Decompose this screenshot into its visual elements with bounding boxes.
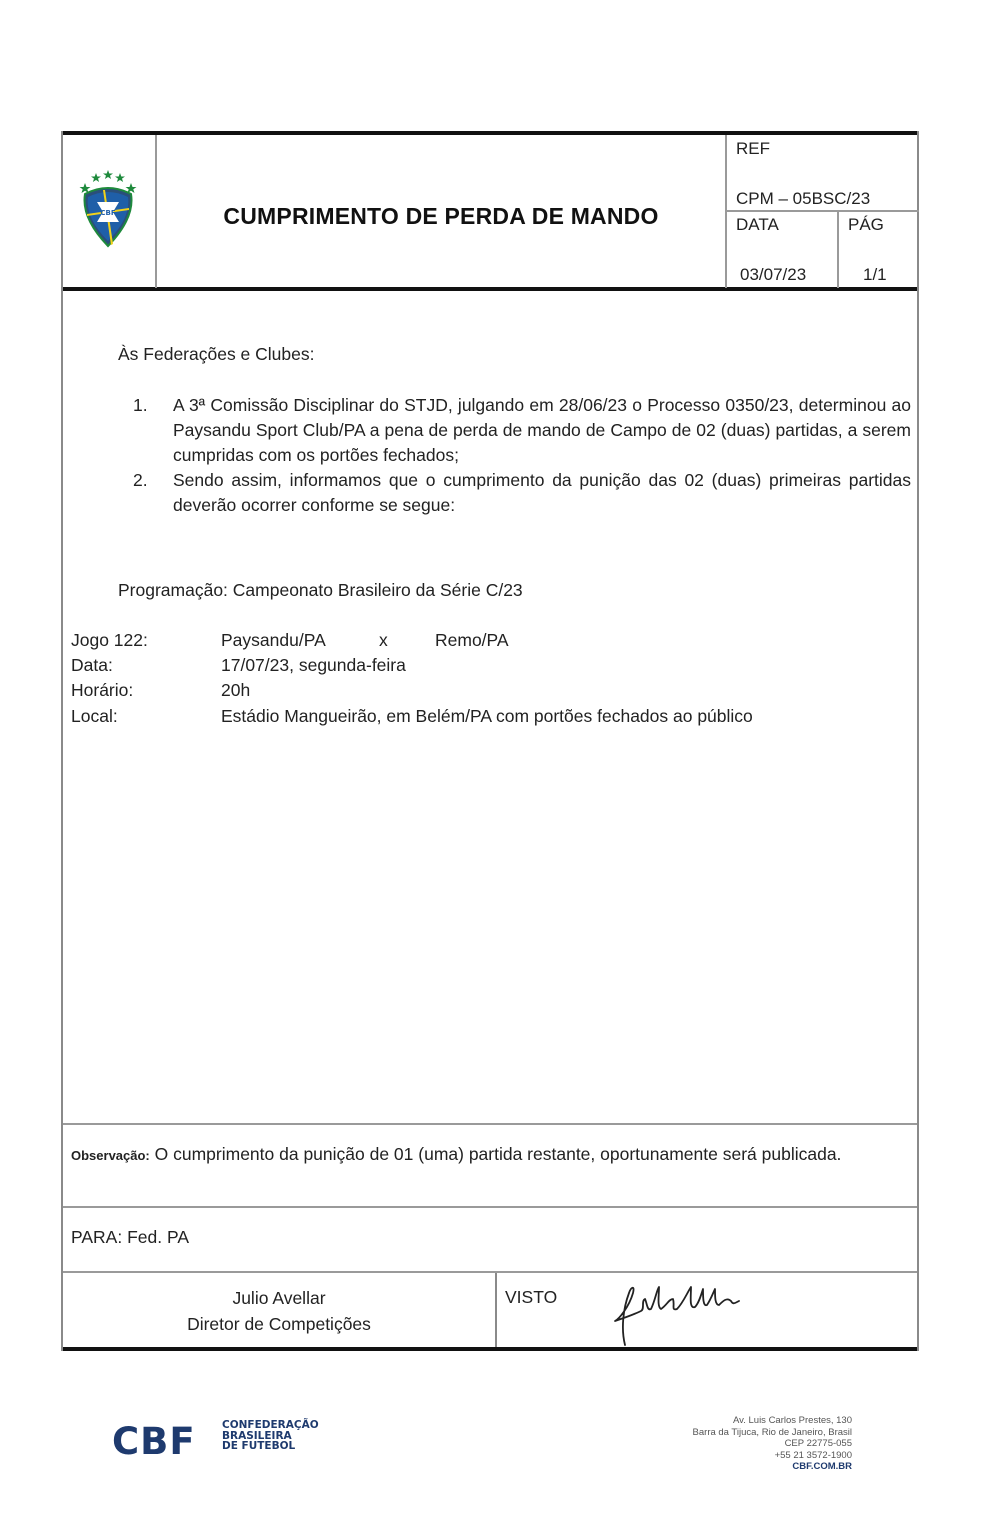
phone: +55 21 3572-1900 — [693, 1450, 852, 1462]
title-cell: CUMPRIMENTO DE PERDA DE MANDO — [157, 135, 727, 288]
list-item-text: A 3ª Comissão Disciplinar do STJD, julga… — [173, 395, 911, 465]
venue-value: Estádio Mangueirão, em Belém/PA com port… — [221, 704, 753, 729]
recipient: PARA: Fed. PA — [71, 1225, 189, 1250]
date-value: 03/07/23 — [740, 265, 806, 285]
date-cell: DATA 03/07/23 — [727, 212, 839, 288]
page-label: PÁG — [848, 215, 884, 235]
ref-value: CPM – 05BSC/23 — [736, 189, 870, 209]
date-label: DATA — [736, 215, 779, 235]
divider — [63, 1123, 917, 1125]
divider — [63, 1206, 917, 1208]
visto-label: VISTO — [505, 1285, 557, 1310]
footer-address: Av. Luis Carlos Prestes, 130 Barra da Ti… — [693, 1415, 852, 1473]
time-value: 20h — [221, 678, 250, 703]
numbered-list: 1. A 3ª Comissão Disciplinar do STJD, ju… — [133, 393, 911, 518]
document-form: CBF CUMPRIMENTO DE PERDA DE MANDO REF CP… — [61, 131, 919, 1351]
observation-text: O cumprimento da punição de 01 (uma) par… — [150, 1144, 842, 1164]
game-label: Jogo 122: — [71, 628, 148, 653]
ref-label: REF — [736, 139, 770, 159]
list-item-number: 2. — [133, 468, 148, 493]
handwritten-signature-icon — [611, 1279, 761, 1349]
list-item: 1. A 3ª Comissão Disciplinar do STJD, ju… — [133, 393, 911, 468]
org-line: CONFEDERAÇÃO — [222, 1420, 319, 1431]
signature-divider — [495, 1273, 497, 1347]
cbf-crest-icon: CBF — [77, 168, 139, 248]
cbf-org-name: CONFEDERAÇÃO BRASILEIRA DE FUTEBOL — [222, 1420, 319, 1452]
ref-cell: REF CPM – 05BSC/23 — [727, 135, 919, 212]
signatory-role: Diretor de Competições — [63, 1311, 495, 1337]
programacao: Programação: Campeonato Brasileiro da Sé… — [118, 578, 523, 603]
divider — [63, 1271, 917, 1273]
address-line: Av. Luis Carlos Prestes, 130 — [693, 1415, 852, 1427]
list-item: 2. Sendo assim, informamos que o cumprim… — [133, 468, 911, 518]
date-label: Data: — [71, 653, 113, 678]
venue-label: Local: — [71, 704, 118, 729]
document-header: CBF CUMPRIMENTO DE PERDA DE MANDO REF CP… — [63, 135, 917, 288]
org-line: DE FUTEBOL — [222, 1441, 319, 1452]
time-label: Horário: — [71, 678, 133, 703]
logo-cell: CBF — [63, 135, 157, 288]
versus: x — [379, 628, 388, 653]
cbf-wordmark: CBF — [112, 1420, 196, 1463]
list-item-text: Sendo assim, informamos que o cumpriment… — [173, 470, 911, 515]
address-line: Barra da Tijuca, Rio de Janeiro, Brasil — [693, 1427, 852, 1439]
page-cell: PÁG 1/1 — [839, 212, 919, 288]
observation: Observação: O cumprimento da punição de … — [71, 1141, 911, 1169]
svg-text:CBF: CBF — [100, 209, 115, 217]
away-team: Remo/PA — [435, 628, 509, 653]
list-item-number: 1. — [133, 393, 148, 418]
address-line: CEP 22775-055 — [693, 1438, 852, 1450]
signatory-name: Julio Avellar — [63, 1285, 495, 1311]
website-link[interactable]: CBF.COM.BR — [693, 1461, 852, 1473]
observation-label: Observação: — [71, 1148, 150, 1163]
salutation: Às Federações e Clubes: — [118, 342, 315, 367]
document-title: CUMPRIMENTO DE PERDA DE MANDO — [157, 203, 725, 230]
page-value: 1/1 — [863, 265, 887, 285]
home-team: Paysandu/PA — [221, 628, 326, 653]
date-value: 17/07/23, segunda-feira — [221, 653, 406, 678]
